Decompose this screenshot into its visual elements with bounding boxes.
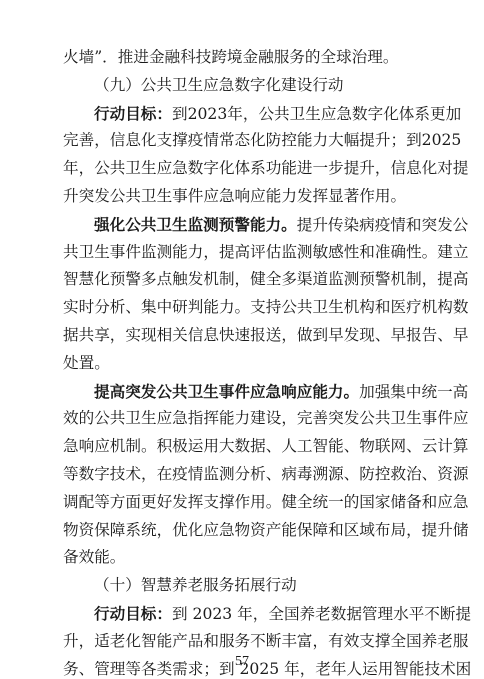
line-text: 等数字技术，在疫情监测分析、病毒溯源、防控救治、资源 <box>63 465 468 483</box>
line-text: 智慧化预警多点触发机制，健全多渠道监测预警机制，提高 <box>63 270 468 288</box>
text-line: 急响应机制。积极运用大数据、人工智能、物联网、云计算 <box>63 433 431 461</box>
line-text: 火墙”．推进金融科技跨境金融服务的全球治理。 <box>63 48 398 66</box>
paragraph-start: 行动目标：到 2023 年，全国养老数据管理水平不断提 <box>63 600 431 628</box>
line-text: 备效能。 <box>63 548 125 566</box>
section-heading: （十）智慧养老服务拓展行动 <box>63 572 431 600</box>
text-line: 升突发公共卫生事件应急响应能力发挥显著作用。 <box>63 183 431 211</box>
heading-text: （九）公共卫生应急数字化建设行动 <box>94 76 344 94</box>
line-text: 提升传染病疫情和突发公 <box>297 216 469 234</box>
line-text: 急响应机制。积极运用大数据、人工智能、物联网、云计算 <box>63 437 468 455</box>
line-text: 完善，信息化支撑疫情常态化防控能力大幅提升；到2025 <box>63 131 461 149</box>
text-line: 智慧化预警多点触发机制，健全多渠道监测预警机制，提高 <box>63 266 431 294</box>
text-line: 调配等方面更好发挥支撑作用。健全统一的国家储备和应急 <box>63 489 431 517</box>
text-line: 年，公共卫生应急数字化体系功能进一步提升，信息化对提 <box>63 155 431 183</box>
text-line: 处置。 <box>63 350 431 378</box>
paragraph-start: 行动目标：到2023年，公共卫生应急数字化体系更加 <box>63 100 431 128</box>
paragraph-start: 强化公共卫生监测预警能力。提升传染病疫情和突发公 <box>63 211 431 239</box>
line-text: 效的公共卫生应急指挥能力建设，完善突发公共卫生事件应 <box>63 409 468 427</box>
line-text: 升突发公共卫生事件应急响应能力发挥显著作用。 <box>63 187 406 205</box>
text-line: 升，适老化智能产品和服务不断丰富，有效支撑全国养老服 <box>63 628 431 656</box>
text-line: 据共享，实现相关信息快速报送，做到早发现、早报告、早 <box>63 322 431 350</box>
line-text: 共卫生事件监测能力，提高评估监测敏感性和准确性。建立 <box>63 243 468 261</box>
text-line: 效的公共卫生应急指挥能力建设，完善突发公共卫生事件应 <box>63 405 431 433</box>
bold-lead: 强化公共卫生监测预警能力。 <box>94 215 297 234</box>
line-text: 到 2023 年，全国养老数据管理水平不断提 <box>172 605 471 623</box>
line-text: 物资保障系统，优化应急物资产能保障和区域布局，提升储 <box>63 521 468 539</box>
text-line: 火墙”．推进金融科技跨境金融服务的全球治理。 <box>63 44 431 72</box>
page-number: 57 <box>0 654 484 670</box>
line-text: 处置。 <box>63 354 110 372</box>
text-line: 完善，信息化支撑疫情常态化防控能力大幅提升；到2025 <box>63 127 431 155</box>
text-line: 实时分析、集中研判能力。支持公共卫生机构和医疗机构数 <box>63 294 431 322</box>
document-page: 火墙”．推进金融科技跨境金融服务的全球治理。 （九）公共卫生应急数字化建设行动 … <box>63 44 431 679</box>
section-heading: （九）公共卫生应急数字化建设行动 <box>63 72 431 100</box>
line-text: 调配等方面更好发挥支撑作用。健全统一的国家储备和应急 <box>63 493 468 511</box>
text-line: 等数字技术，在疫情监测分析、病毒溯源、防控救治、资源 <box>63 461 431 489</box>
line-text: 据共享，实现相关信息快速报送，做到早发现、早报告、早 <box>63 326 468 344</box>
line-text: 年，公共卫生应急数字化体系功能进一步提升，信息化对提 <box>63 159 468 177</box>
text-line: 备效能。 <box>63 544 431 572</box>
paragraph-start: 提高突发公共卫生事件应急响应能力。加强集中统一高 <box>63 378 431 406</box>
bold-lead: 行动目标： <box>94 104 172 123</box>
line-text: 升，适老化智能产品和服务不断丰富，有效支撑全国养老服 <box>63 632 468 650</box>
line-text: 加强集中统一高 <box>359 383 468 401</box>
heading-text: （十）智慧养老服务拓展行动 <box>94 576 297 594</box>
text-line: 物资保障系统，优化应急物资产能保障和区域布局，提升储 <box>63 517 431 545</box>
line-text: 实时分析、集中研判能力。支持公共卫生机构和医疗机构数 <box>63 298 468 316</box>
bold-lead: 提高突发公共卫生事件应急响应能力。 <box>94 382 359 401</box>
text-line: 共卫生事件监测能力，提高评估监测敏感性和准确性。建立 <box>63 239 431 267</box>
bold-lead: 行动目标： <box>94 604 172 623</box>
line-text: 到2023年，公共卫生应急数字化体系更加 <box>172 105 461 123</box>
